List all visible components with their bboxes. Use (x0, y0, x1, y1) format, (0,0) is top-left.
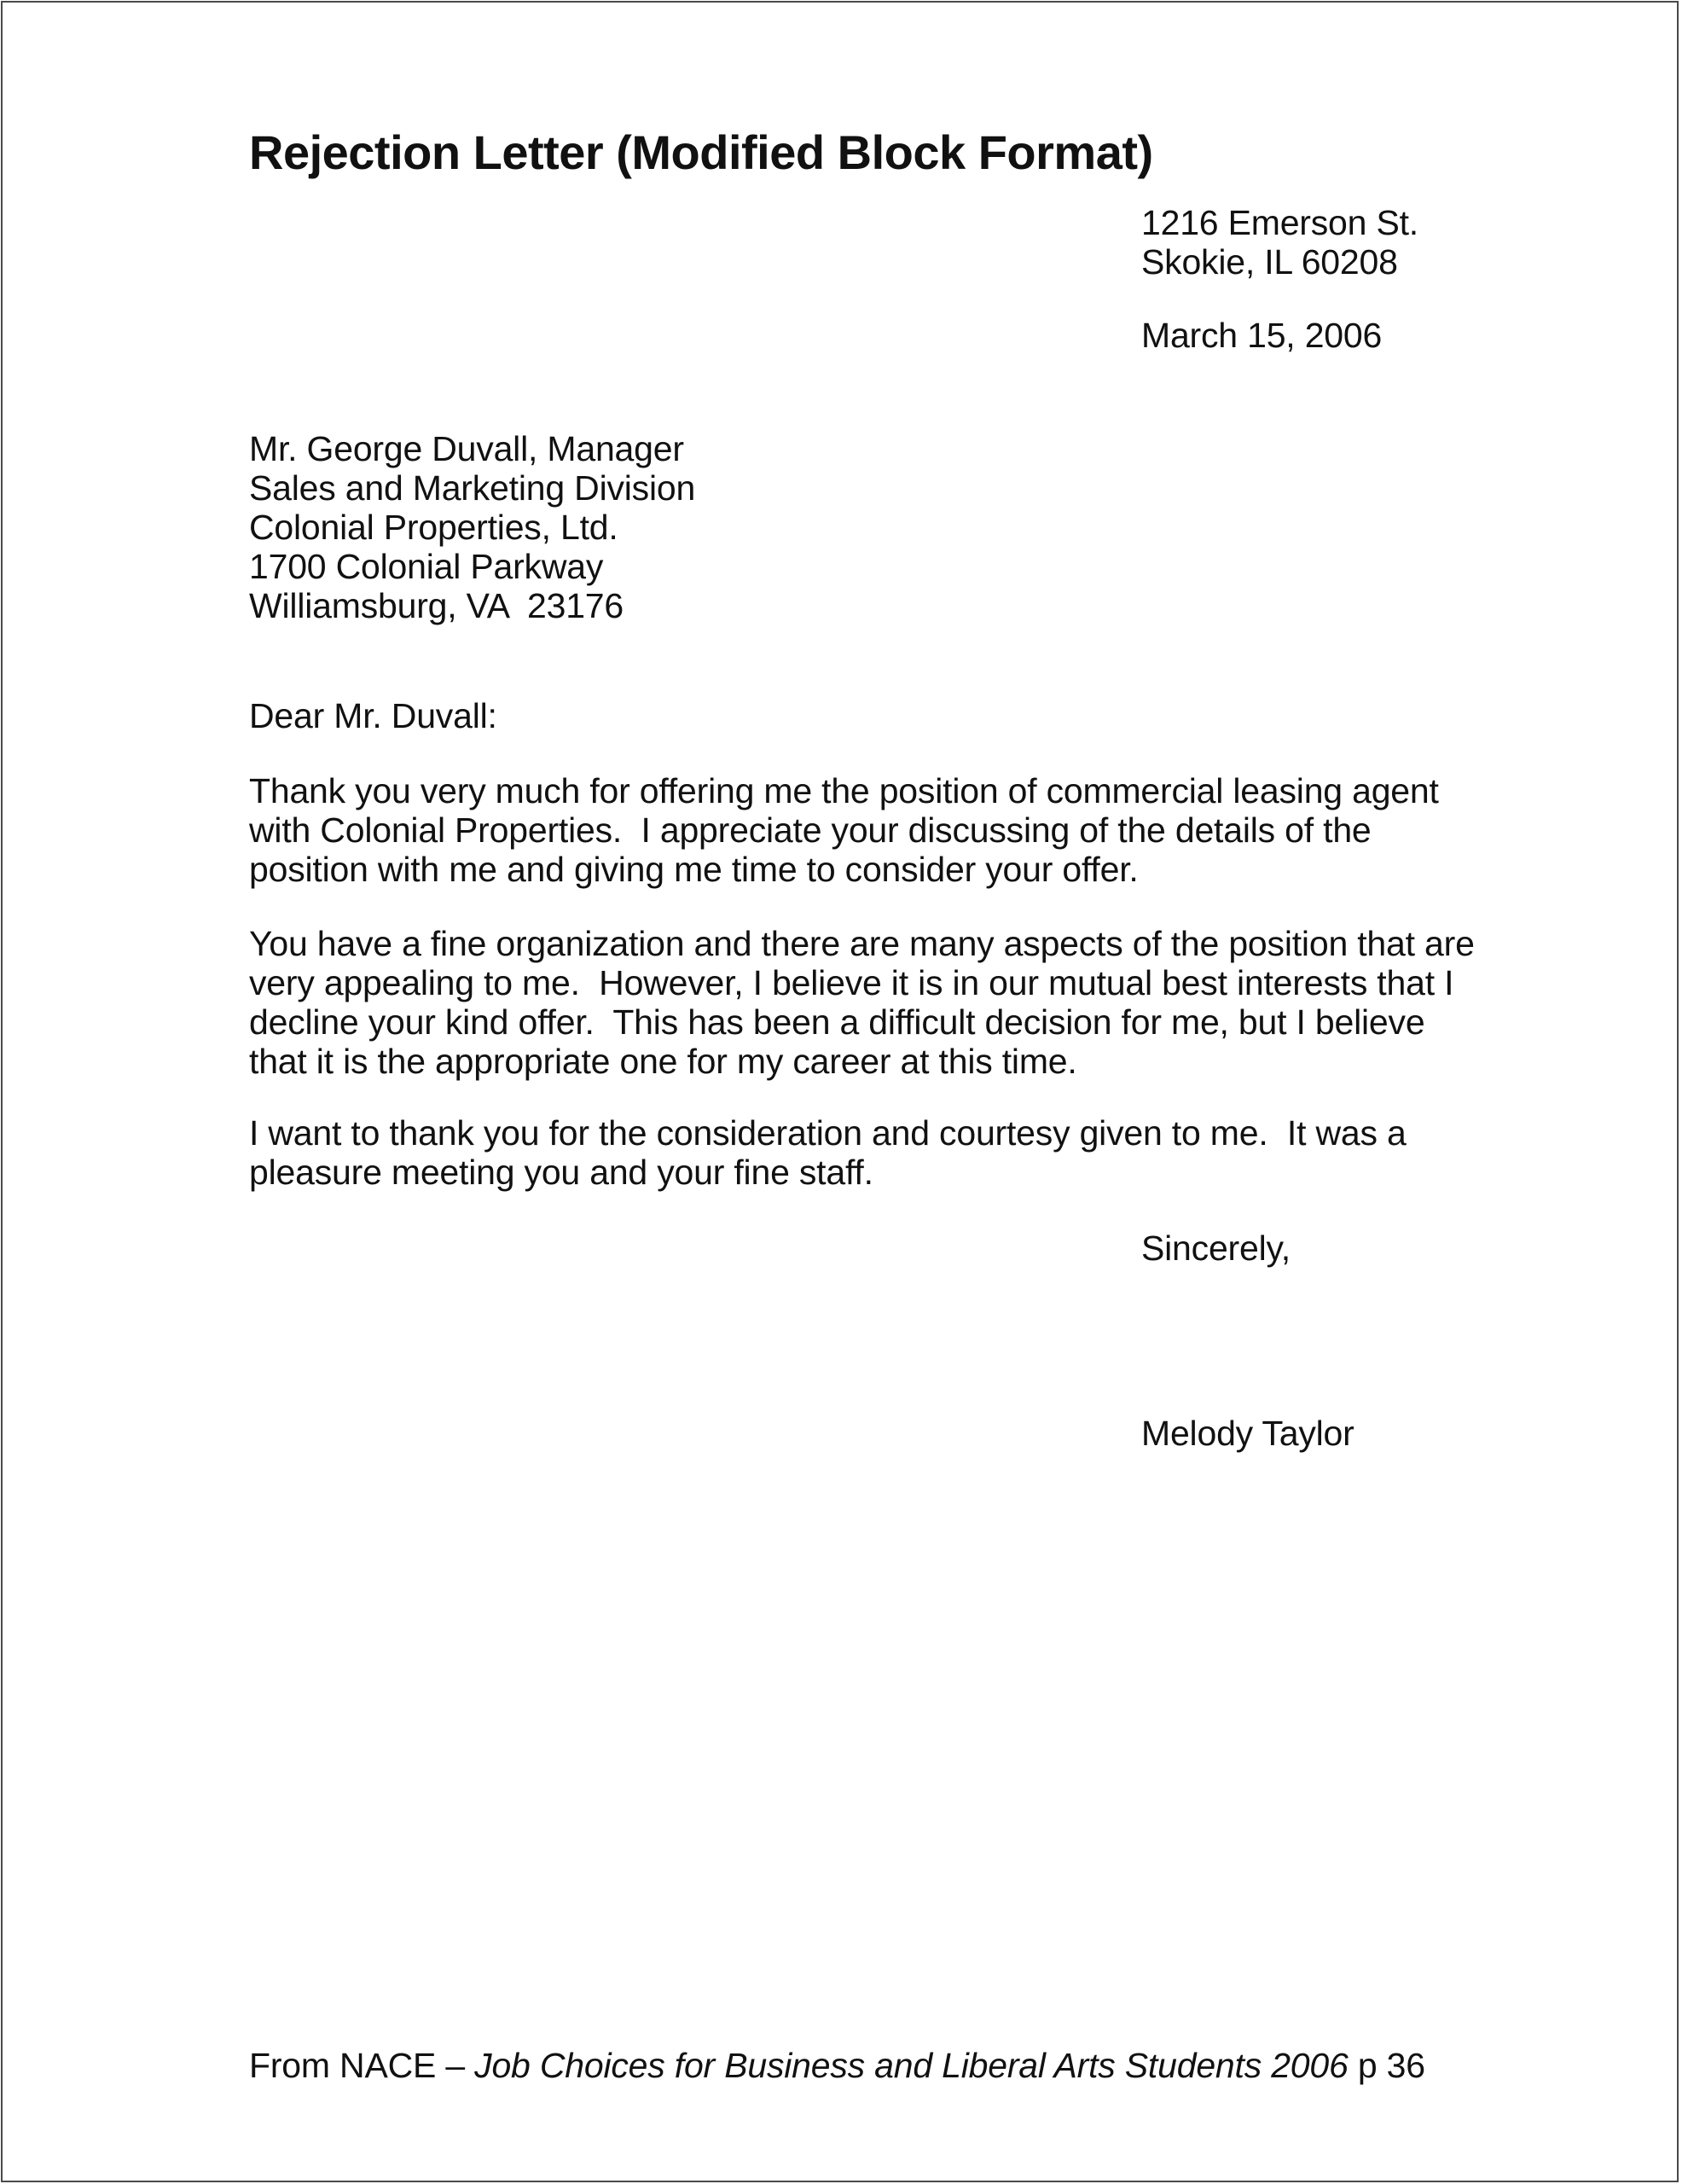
letter-paragraph-1: Thank you very much for offering me the … (249, 771, 1439, 889)
page-title: Rejection Letter (Modified Block Format) (249, 129, 1153, 177)
citation-prefix: From NACE – (249, 2046, 474, 2085)
citation-page-ref: p 36 (1349, 2046, 1425, 2085)
signature-name: Melody Taylor (1141, 1414, 1354, 1453)
page-border (1, 1, 1679, 2182)
closing-phrase: Sincerely, (1141, 1228, 1291, 1268)
source-citation: From NACE – Job Choices for Business and… (249, 2046, 1425, 2085)
letter-date: March 15, 2006 (1141, 316, 1382, 355)
salutation: Dear Mr. Duvall: (249, 696, 497, 735)
sender-address: 1216 Emerson St. Skokie, IL 60208 (1141, 203, 1418, 282)
citation-title: Job Choices for Business and Liberal Art… (474, 2046, 1348, 2085)
letter-paragraph-3: I want to thank you for the consideratio… (249, 1113, 1407, 1192)
letter-page: Rejection Letter (Modified Block Format)… (0, 0, 1688, 2184)
letter-paragraph-2: You have a fine organization and there a… (249, 924, 1475, 1081)
recipient-address: Mr. George Duvall, Manager Sales and Mar… (249, 429, 695, 625)
